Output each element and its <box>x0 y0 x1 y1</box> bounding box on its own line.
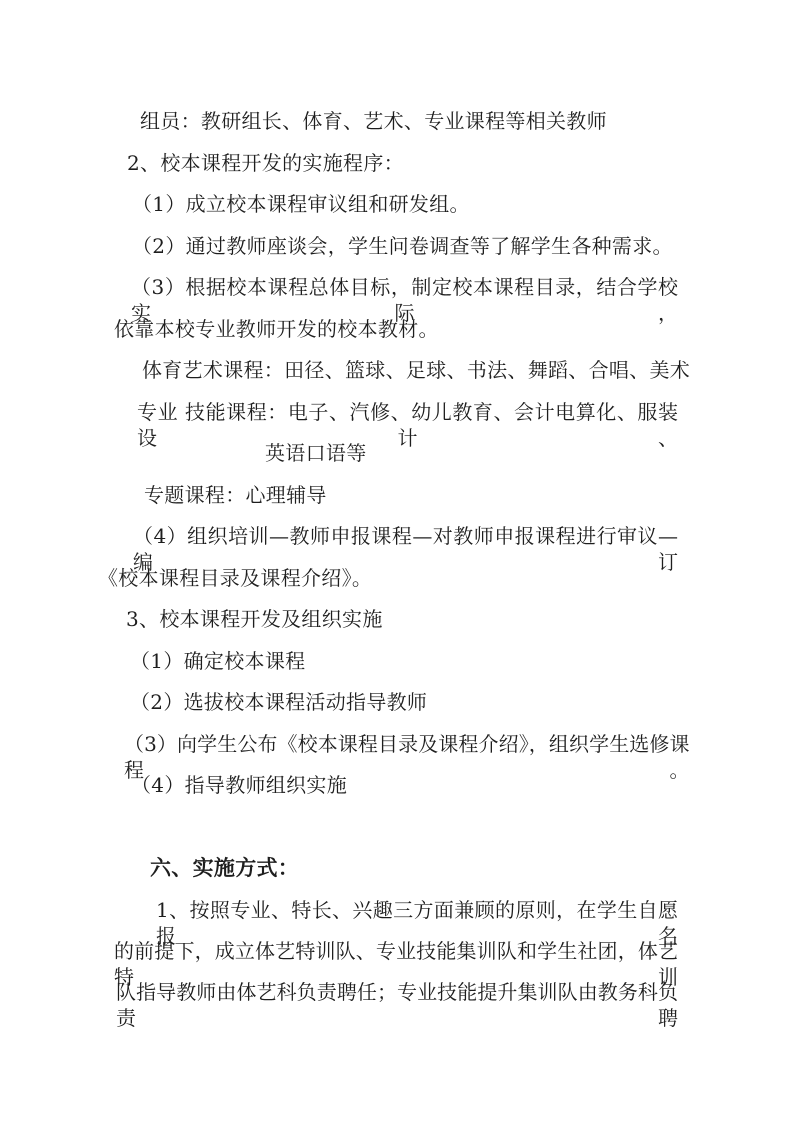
line-professional-skill-courses-cont: 英语口语等 <box>265 440 367 466</box>
line-procedure-step-4-cont: 《校本课程目录及课程介绍》。 <box>98 565 372 591</box>
line-implementation-step-2: （2）选拔校本课程活动指导教师 <box>130 689 427 715</box>
line-group-members: 组员：教研组长、体育、艺术、专业课程等相关教师 <box>140 108 607 134</box>
line-sports-art-courses: 体育艺术课程：田径、篮球、足球、书法、舞蹈、合唱、美术 <box>142 357 690 383</box>
line-procedure-step-1: （1）成立校本课程审议组和研发组。 <box>132 191 470 217</box>
line-procedure-step-2: （2）通过教师座谈会，学生问卷调查等了解学生各种需求。 <box>132 233 673 259</box>
document-page: 组员：教研组长、体育、艺术、专业课程等相关教师 2、校本课程开发的实施程序： （… <box>0 0 793 1122</box>
line-method-item-1-cont-b: 队指导教师由体艺科负责聘任；专业技能提升集训队由教务科负责聘 <box>116 979 678 1031</box>
line-procedure-step-3-cont: 依靠本校专业教师开发的校本教材。 <box>114 316 439 342</box>
line-implementation-step-4: （4）指导教师组织实施 <box>131 772 347 798</box>
line-professional-skill-courses: 专业 技能课程：电子、汽修、幼儿教育、会计电算化、服装设计、 <box>137 399 678 451</box>
line-special-topic-courses: 专题课程：心理辅导 <box>144 482 327 508</box>
line-heading-development-implementation: 3、校本课程开发及组织实施 <box>126 606 383 632</box>
line-implementation-step-1: （1）确定校本课程 <box>130 648 305 674</box>
line-heading-development-procedure: 2、校本课程开发的实施程序： <box>127 150 404 176</box>
section-heading-implementation-method: 六、实施方式： <box>150 855 299 881</box>
